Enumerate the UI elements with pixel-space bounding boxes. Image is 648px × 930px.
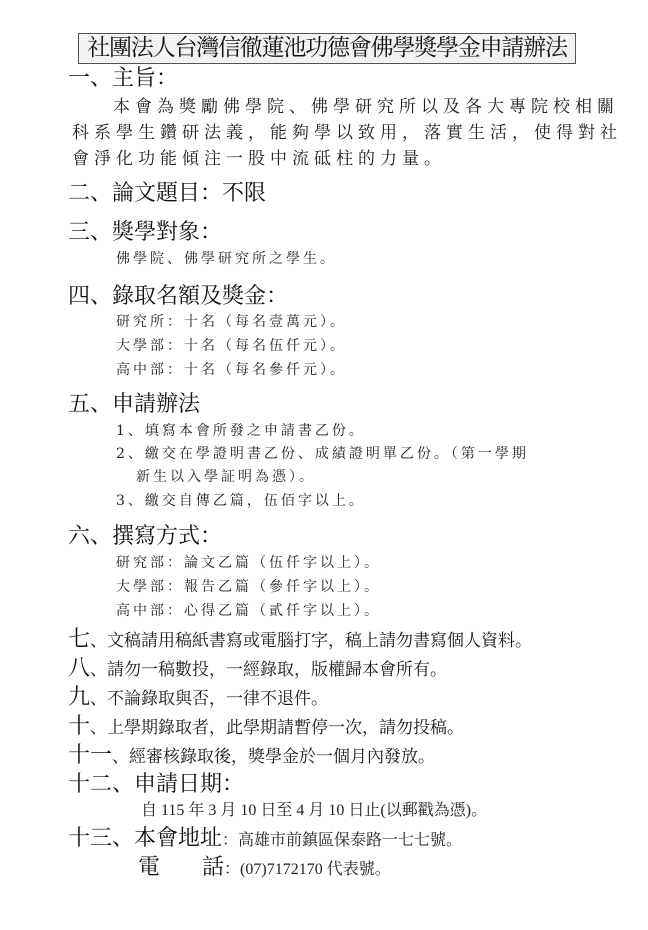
section-topic-heading: 二、論文題目：不限 (68, 181, 266, 207)
eligibility-line: 佛學院、佛學研究所之學生。 (116, 249, 337, 269)
section-date-heading: 十二、申請日期： (68, 772, 244, 798)
rule-11-text: 、經審核錄取後，獎學金於一個月內發放。 (112, 747, 435, 767)
phone-row: 電話：(07)7172170 代表號。 (138, 855, 391, 881)
rule-11-number: 十一 (68, 743, 112, 768)
rule-8-number: 八 (68, 656, 90, 681)
phone-label-1: 電 (138, 855, 160, 880)
application-step-2-cont: 新生以入學証明為憑）。 (136, 467, 316, 487)
application-step-2: 2、繳交在學證明書乙份、成績證明單乙份。（第一學期 (116, 444, 529, 464)
rule-7-text: 、文稿請用稿紙書寫或電腦打字，稿上請勿書寫個人資料。 (90, 631, 532, 651)
quota-graduate: 研究所：十名（每名壹萬元）。 (116, 312, 347, 332)
section-format-heading: 六、撰寫方式： (68, 524, 222, 550)
format-undergraduate: 大學部：報告乙篇（參仟字以上）。 (116, 577, 381, 597)
section-eligibility-heading: 三、獎學對象： (68, 220, 222, 246)
purpose-line-1: 本會為獎勵佛學院、佛學研究所以及各大專院校相關 (113, 96, 619, 118)
purpose-line-2: 科系學生鑽研法義，能夠學以致用，落實生活，使得對社 (72, 122, 622, 144)
phone-label-2: 話 (202, 855, 224, 880)
section-purpose-heading: 一、主旨： (68, 66, 178, 92)
rule-10-number: 十 (68, 714, 90, 739)
quota-undergraduate: 大學部：十名（每名伍仟元）。 (116, 336, 347, 356)
rule-9: 九、不論錄取與否，一律不退件。 (68, 685, 328, 711)
application-period: 自 115 年 3 月 10 日至 4 月 10 日止(以郵戳為憑)。 (141, 801, 487, 821)
address-value: ：高雄市前鎮區保泰路一七七號。 (222, 832, 462, 849)
rule-11: 十一、經審核錄取後，獎學金於一個月內發放。 (68, 743, 435, 769)
application-step-3: 3、繳交自傳乙篇，伍佰字以上。 (116, 491, 366, 511)
document-title: 社團法人台灣信徹蓮池功德會佛學獎學金申請辦法 (78, 33, 576, 64)
rule-8-text: 、請勿一稿數投，一經錄取，版權歸本會所有。 (90, 660, 447, 680)
format-highschool: 高中部：心得乙篇（貳仟字以上）。 (116, 601, 381, 621)
rule-9-number: 九 (68, 685, 90, 710)
rule-10-text: 、上學期錄取者，此學期請暫停一次，請勿投稿。 (90, 718, 464, 738)
purpose-line-3: 會淨化功能傾注一股中流砥柱的力量。 (72, 148, 446, 170)
rule-10: 十、上學期錄取者，此學期請暫停一次，請勿投稿。 (68, 714, 464, 740)
address-row: 十三、本會地址：高雄市前鎮區保泰路一七七號。 (68, 826, 462, 852)
rule-7: 七、文稿請用稿紙書寫或電腦打字，稿上請勿書寫個人資料。 (68, 627, 532, 653)
section-application-heading: 五、申請辦法 (68, 392, 200, 418)
section-quota-heading: 四、錄取名額及獎金： (68, 284, 288, 310)
section-address-heading: 十三、本會地址 (68, 826, 222, 851)
format-graduate: 研究部：論文乙篇（伍仟字以上）。 (116, 553, 381, 573)
rule-8: 八、請勿一稿數投，一經錄取，版權歸本會所有。 (68, 656, 447, 682)
rule-7-number: 七 (68, 627, 90, 652)
quota-highschool: 高中部：十名（每名參仟元）。 (116, 360, 347, 380)
phone-value: ：(07)7172170 代表號。 (224, 861, 391, 878)
application-step-1: 1、填寫本會所發之申請書乙份。 (116, 421, 366, 441)
rule-9-text: 、不論錄取與否，一律不退件。 (90, 689, 328, 709)
